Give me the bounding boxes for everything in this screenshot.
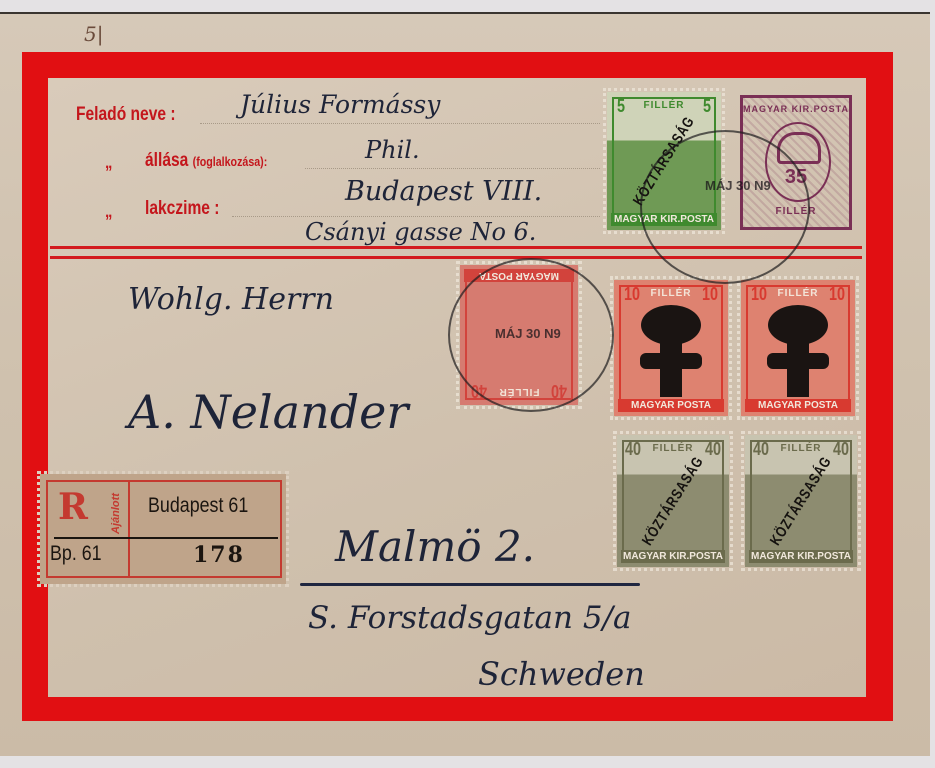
registration-horizontal-line [54, 537, 278, 539]
registration-city: Budapest 61 [148, 494, 248, 518]
recipient-salutation: Wohlg. Herrn [128, 282, 334, 317]
sender-city-handwritten: Budapest VIII. [345, 176, 542, 207]
registration-letter: R [58, 486, 88, 528]
registration-divider [128, 480, 130, 578]
address-label: lakczime : [145, 198, 219, 220]
wheat-sheaf-overprint-icon [638, 303, 704, 399]
postmark-lower-date: MÁJ 30 N9 [495, 326, 561, 341]
imprinted-stamp-top-text: MAGYAR KIR.POSTA [743, 104, 849, 114]
recipient-country: Schweden [478, 655, 645, 693]
registration-label: R Ajánlott Budapest 61 Bp. 61 178 [40, 474, 286, 584]
wheat-sheaf-overprint-icon [765, 303, 831, 399]
occupation-prefix: „ [105, 152, 112, 173]
stamp-unit: FILLÉR [745, 443, 857, 454]
stamp-bottom-text: MAGYAR KIR.POSTA [749, 550, 853, 563]
recipient-city: Malmö 2. [335, 522, 535, 571]
stamp-40-filler-olive-2: 40 40 FILLÉR MAGYAR KIR.POSTA KÖZTÁRSASÁ… [745, 435, 857, 567]
stamp-10-filler-1: 10 10 FILLÉR MAGYAR POSTA [614, 280, 728, 416]
sender-name-handwritten: Július Formássy [240, 90, 440, 119]
occupation-label: állása (foglalkozása): [145, 150, 267, 172]
address-prefix: „ [105, 201, 112, 222]
pencil-note: 5| [84, 22, 103, 46]
stamp-10-filler-2: 10 10 FILLÉR MAGYAR POSTA [741, 280, 855, 416]
registration-number: 178 [193, 542, 245, 568]
postmark-upper [640, 130, 810, 284]
stamp-bottom-text: MAGYAR POSTA [618, 399, 724, 412]
stamp-unit: FILLÉR [741, 288, 855, 299]
stamp-bottom-text: MAGYAR KIR.POSTA [621, 550, 725, 563]
recipient-city-underline [300, 583, 640, 586]
stamp-unit: FILLÉR [614, 288, 728, 299]
recipient-street: S. Forstadsgatan 5/a [308, 600, 631, 636]
stamp-unit: FILLÉR [617, 443, 729, 454]
occupation-line [305, 168, 600, 169]
sender-name-line [200, 123, 600, 124]
stamp-40-filler-olive-1: 40 40 FILLÉR MAGYAR KIR.POSTA KÖZTÁRSASÁ… [617, 435, 729, 567]
sender-street-handwritten: Csányi gasse No 6. [305, 218, 536, 246]
recipient-name: A. Nelander [128, 385, 408, 439]
postmark-upper-date: MÁJ 30 N9 [705, 178, 771, 193]
occupation-note: (foglalkozása): [193, 154, 268, 169]
registration-side-text: Ajánlott [110, 493, 122, 534]
stamp-unit: FILLÉR [607, 100, 721, 111]
registration-office: Bp. 61 [50, 542, 102, 566]
sender-name-label: Feladó neve : [76, 104, 176, 126]
occupation-label-text: állása [145, 150, 188, 171]
sender-occupation-handwritten: Phil. [365, 136, 420, 164]
address-line [232, 216, 600, 217]
stamp-bottom-text: MAGYAR POSTA [745, 399, 851, 412]
